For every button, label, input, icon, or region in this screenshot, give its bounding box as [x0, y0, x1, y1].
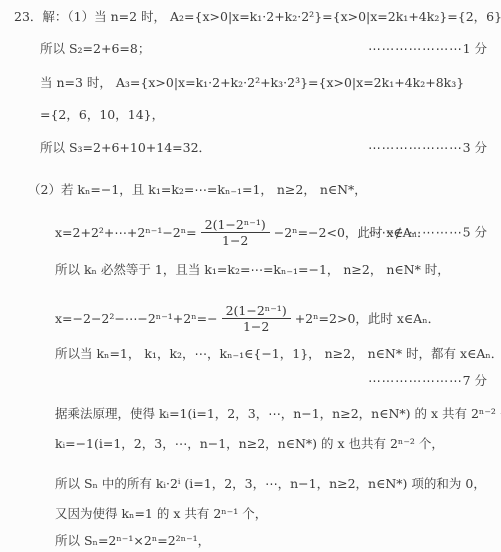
- solution-line-16: 所以 Sₙ=2ⁿ⁻¹×2ⁿ=2²ⁿ⁻¹，: [55, 532, 501, 549]
- fraction-1: 2(1−2ⁿ⁻¹) 1−2: [201, 217, 270, 248]
- score-label-3: 3 分: [463, 140, 487, 155]
- solution-line-3: 当 n=3 时， A₃={x>0|x=k₁·2+k₂·2²+k₃·2³}={x>…: [40, 74, 501, 91]
- score-mark-5: ⋯⋯⋯⋯⋯⋯⋯5 分: [368, 224, 487, 241]
- solution-line-2-text: 所以 S₂=2+6=8；: [40, 41, 150, 56]
- dotted-leader: ⋯⋯⋯⋯⋯⋯⋯: [368, 373, 463, 388]
- equation-2-rhs: +2ⁿ=2>0，此时 x∈Aₙ．: [295, 310, 440, 327]
- math-solution-document: 23．解：（1）当 n=2 时， A₂={x>0|x=k₁·2+k₂·2²}={…: [0, 0, 501, 552]
- solution-line-13: kᵢ=−1(i=1，2，3，⋯，n−1，n≥2，n∈N*) 的 x 也共有 2ⁿ…: [55, 435, 501, 452]
- score-label-5: 5 分: [463, 225, 487, 240]
- score-mark-7: ⋯⋯⋯⋯⋯⋯⋯7 分: [368, 372, 487, 389]
- solution-line-8: 所以 kₙ 必然等于 1，且当 k₁=k₂=⋯=kₙ₋₁=−1， n≥2， n∈…: [55, 261, 501, 278]
- solution-line-2: 所以 S₂=2+6=8； ⋯⋯⋯⋯⋯⋯⋯1 分: [40, 40, 501, 57]
- solution-line-5-text: 所以 S₃=2+6+10+14=32．: [40, 140, 211, 155]
- equation-1-lhs: x=2+2²+⋯+2ⁿ⁻¹−2ⁿ=: [55, 224, 197, 241]
- solution-line-10: 所以当 kₙ=1， k₁，k₂，⋯，kₙ₋₁∈{−1，1}， n≥2， n∈N*…: [55, 345, 501, 362]
- solution-line-1: 23．解：（1）当 n=2 时， A₂={x>0|x=k₁·2+k₂·2²}={…: [14, 8, 501, 25]
- solution-line-15: 又因为使得 kₙ=1 的 x 共有 2ⁿ⁻¹ 个，: [55, 505, 501, 522]
- solution-line-4: ={2，6，10，14}，: [40, 106, 501, 123]
- fraction-2-numerator: 2(1−2ⁿ⁻¹): [222, 303, 291, 319]
- fraction-2: 2(1−2ⁿ⁻¹) 1−2: [222, 303, 291, 334]
- dotted-leader: ⋯⋯⋯⋯⋯⋯⋯: [368, 140, 463, 155]
- equation-1: x=2+2²+⋯+2ⁿ⁻¹−2ⁿ= 2(1−2ⁿ⁻¹) 1−2 −2ⁿ=−2<0…: [55, 210, 501, 254]
- equation-2-lhs: x=−2−2²−⋯−2ⁿ⁻¹+2ⁿ=−: [55, 310, 218, 327]
- fraction-1-denominator: 1−2: [218, 233, 252, 248]
- fraction-1-numerator: 2(1−2ⁿ⁻¹): [201, 217, 270, 233]
- score-label-7: 7 分: [463, 373, 487, 388]
- solution-line-14: 所以 Sₙ 中的所有 kᵢ·2ⁱ (i=1，2，3，⋯，n−1，n≥2，n∈N*…: [55, 475, 501, 492]
- score-mark-1: ⋯⋯⋯⋯⋯⋯⋯1 分: [368, 40, 487, 57]
- equation-2: x=−2−2²−⋯−2ⁿ⁻¹+2ⁿ=− 2(1−2ⁿ⁻¹) 1−2 +2ⁿ=2>…: [55, 296, 501, 340]
- score-label-1: 1 分: [463, 41, 487, 56]
- solution-line-6: （2）若 kₙ=−1，且 k₁=k₂=⋯=kₙ₋₁=1， n≥2， n∈N*，: [28, 181, 501, 198]
- solution-line-12: 据乘法原理，使得 kᵢ=1(i=1，2，3，⋯，n−1，n≥2，n∈N*) 的 …: [55, 405, 501, 422]
- fraction-2-denominator: 1−2: [239, 319, 273, 334]
- solution-line-5: 所以 S₃=2+6+10+14=32． ⋯⋯⋯⋯⋯⋯⋯3 分: [40, 139, 501, 156]
- score-mark-3: ⋯⋯⋯⋯⋯⋯⋯3 分: [368, 139, 487, 156]
- dotted-leader: ⋯⋯⋯⋯⋯⋯⋯: [368, 225, 463, 240]
- dotted-leader: ⋯⋯⋯⋯⋯⋯⋯: [368, 41, 463, 56]
